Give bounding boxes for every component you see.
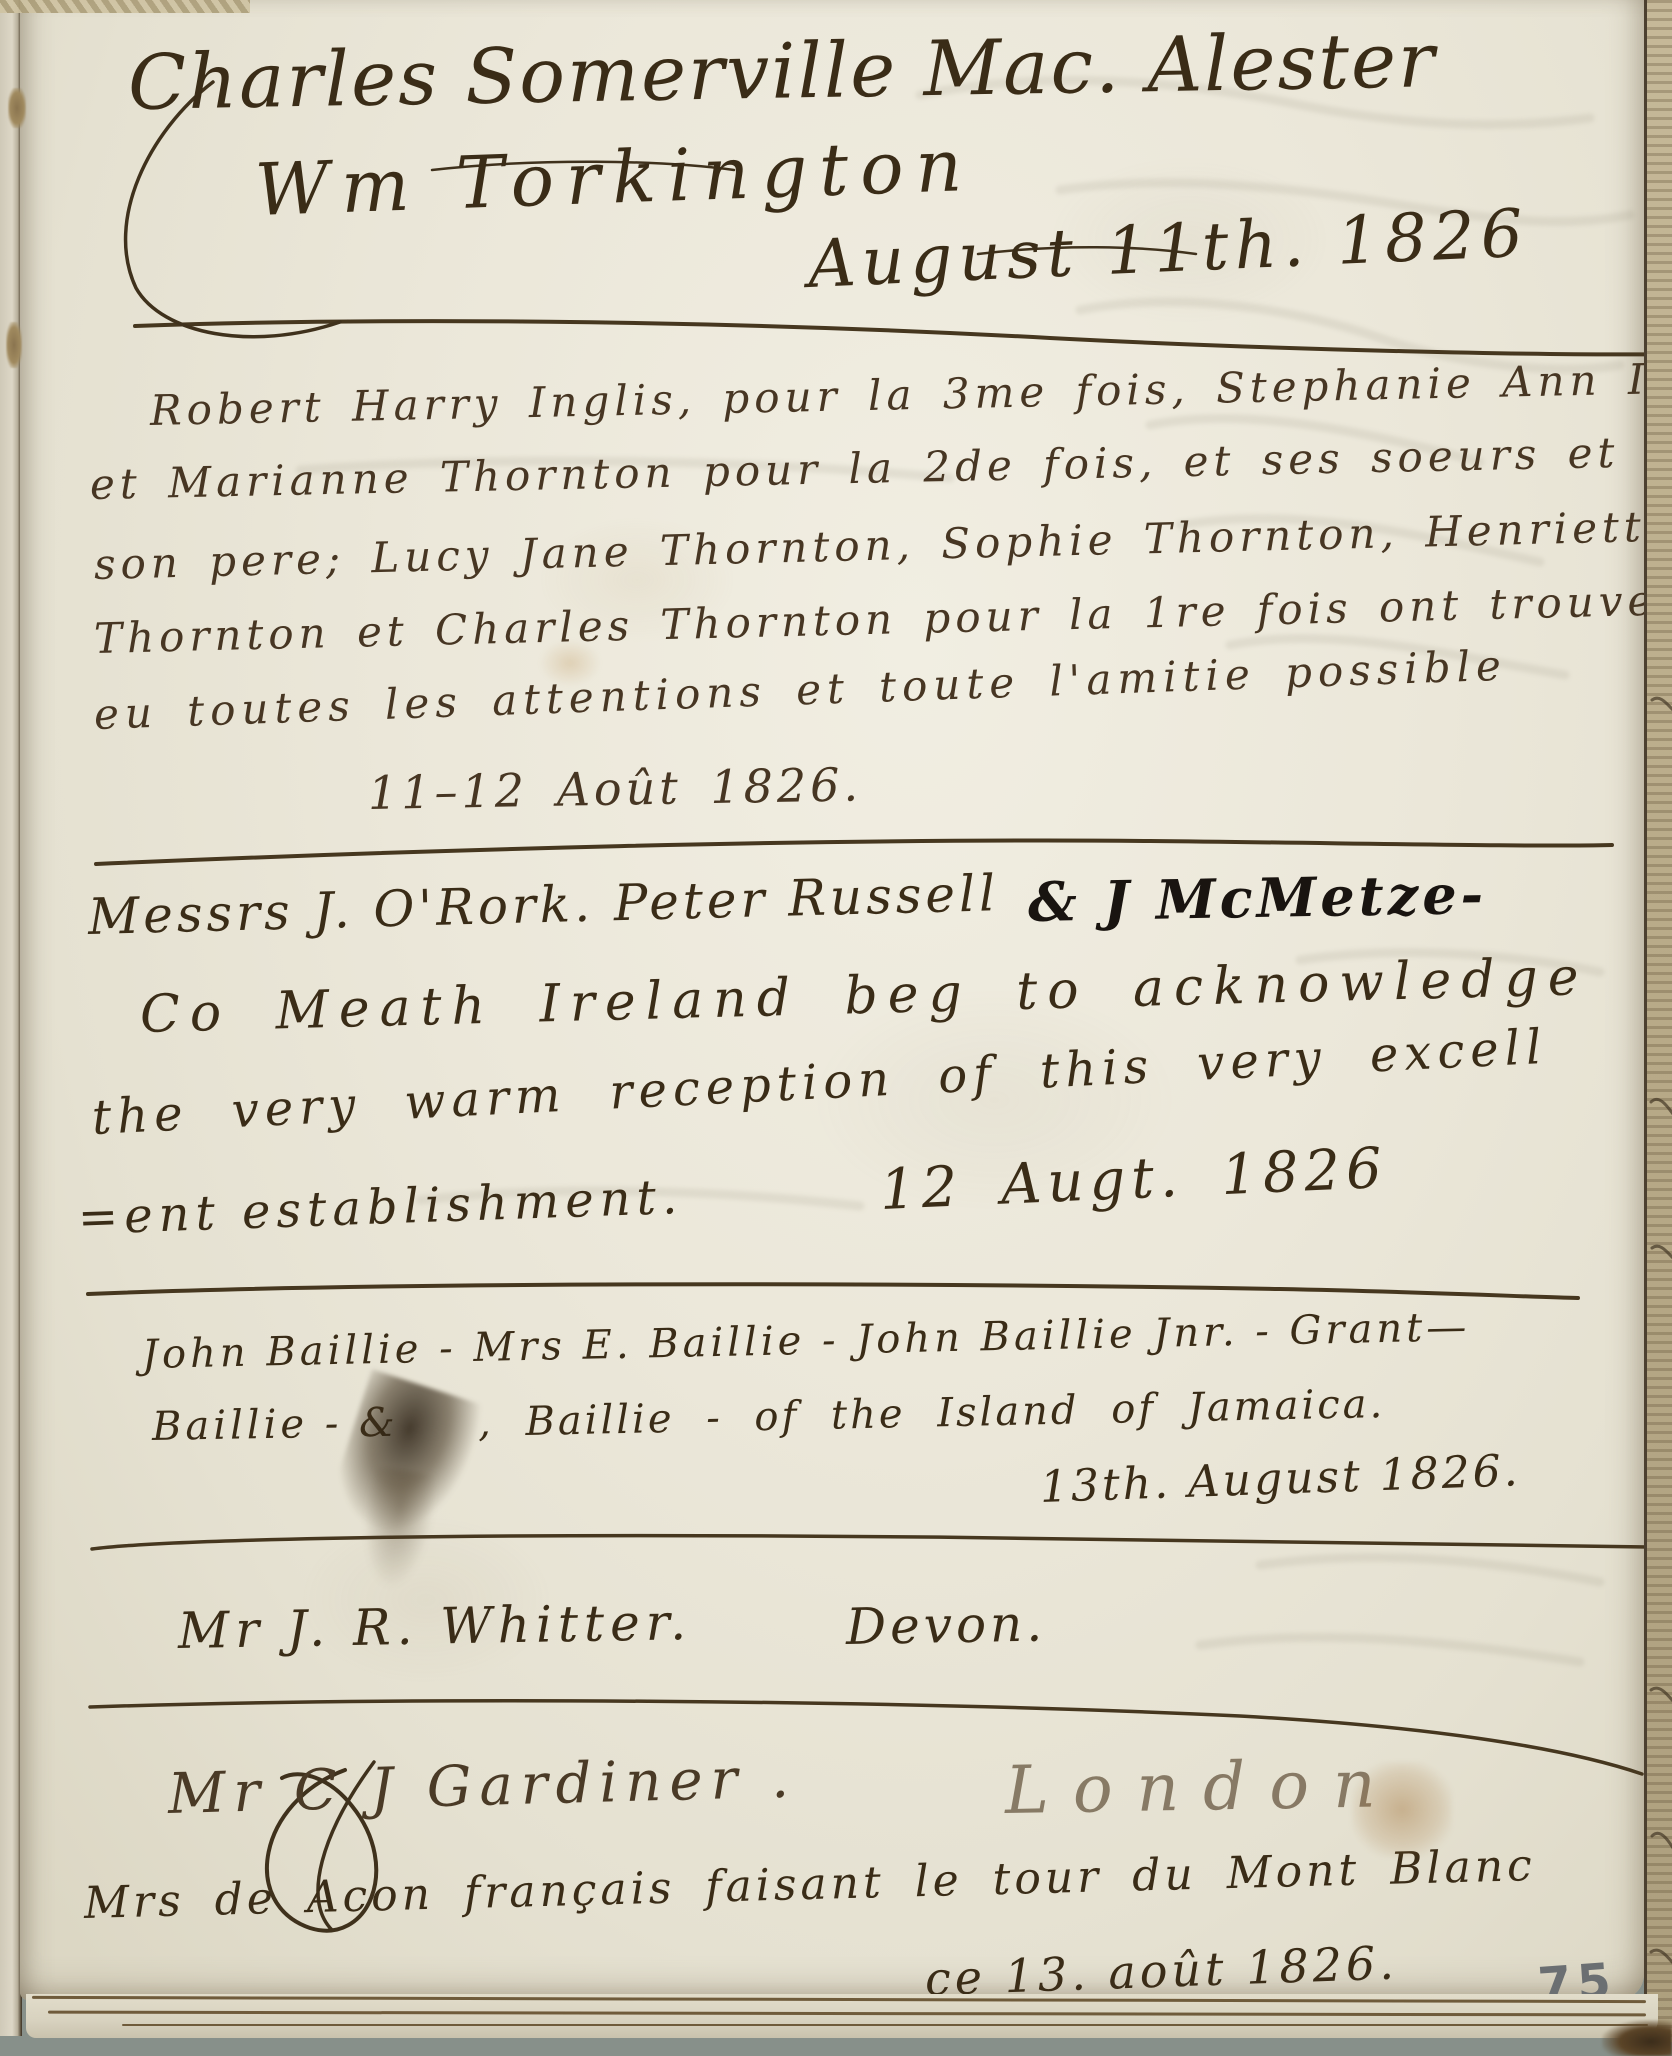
bottom-corner-blot xyxy=(1602,2020,1672,2056)
entry3-names-dark: & J McMetze- xyxy=(1027,862,1487,934)
divider-rule-3 xyxy=(88,1284,1578,1298)
divider-rule-2 xyxy=(96,841,1612,864)
paper-stain xyxy=(1352,1762,1452,1857)
entry2-date: 11–12 Août 1826. xyxy=(368,757,863,820)
page-edge-line xyxy=(122,2024,1648,2026)
divider-rule-1 xyxy=(135,321,1672,354)
entry5-name: Mr J. R. Whitter. xyxy=(177,1593,692,1660)
book-fore-edge xyxy=(1644,0,1672,2042)
divider-rule-4 xyxy=(92,1536,1648,1549)
entry5-location: Devon. xyxy=(845,1595,1046,1656)
paper-stain-small xyxy=(540,640,600,686)
scanned-guestbook-photo: Charles Somerville Mac. Alester Wm Torki… xyxy=(0,0,1672,2056)
fore-edge-ink-marks xyxy=(1647,0,1672,2042)
entry6-location: London xyxy=(1004,1745,1400,1829)
